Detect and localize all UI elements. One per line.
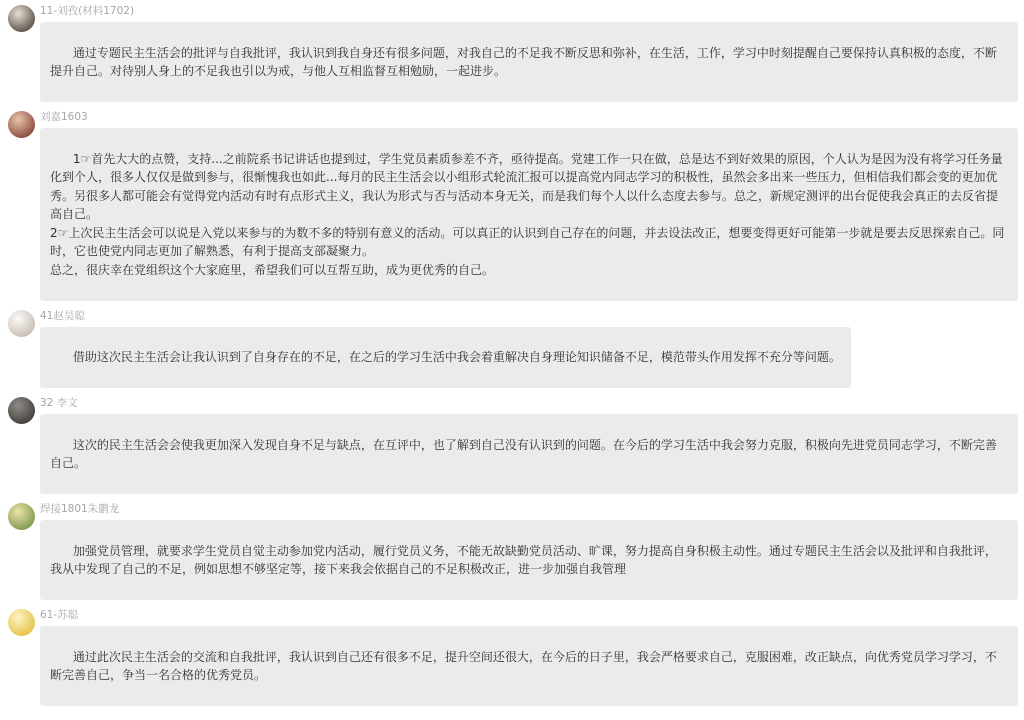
cartoon-avatar-yellow[interactable] — [8, 609, 35, 636]
message-bubble: 加强党员管理，就要求学生党员自觉主动参加党内活动，履行党员义务，不能无故缺勤党员… — [40, 520, 1018, 600]
username: 41赵昊聪 — [40, 309, 1018, 323]
photo-avatar-light[interactable] — [8, 310, 35, 337]
photo-avatar-gray[interactable] — [8, 397, 35, 424]
message-text: 加强党员管理，就要求学生党员自觉主动参加党内活动，履行党员义务，不能无故缺勤党员… — [50, 544, 997, 577]
photo-avatar-dark[interactable] — [8, 5, 35, 32]
message-text: 1☞首先大大的点赞，支持...之前院系书记讲话也提到过，学生党员素质参差不齐，亟… — [50, 152, 1004, 277]
message-bubble: 1☞首先大大的点赞，支持...之前院系书记讲话也提到过，学生党员素质参差不齐，亟… — [40, 128, 1018, 301]
message-bubble: 通过专题民主生活会的批评与自我批评，我认识到我自身还有很多问题，对我自己的不足我… — [40, 22, 1018, 102]
username: 32 李文 — [40, 396, 1018, 410]
chat-message: 11-刘孜(材料1702) 通过专题民主生活会的批评与自我批评，我认识到我自身还… — [6, 4, 1018, 102]
username: 刘嘉1603 — [40, 110, 1018, 124]
message-list: 11-刘孜(材料1702) 通过专题民主生活会的批评与自我批评，我认识到我自身还… — [6, 4, 1018, 714]
message-bubble: 这次的民主生活会会使我更加深入发现自身不足与缺点，在互评中，也了解到自己没有认识… — [40, 414, 1018, 494]
chat-message: 刘嘉1603 1☞首先大大的点赞，支持...之前院系书记讲话也提到过，学生党员素… — [6, 110, 1018, 301]
chat-message: 61-苏聪 通过此次民主生活会的交流和自我批评，我认识到自己还有很多不足，提升空… — [6, 608, 1018, 706]
chat-message: 41赵昊聪 借助这次民主生活会让我认识到了自身存在的不足，在之后的学习生活中我会… — [6, 309, 1018, 389]
username: 61-苏聪 — [40, 608, 1018, 622]
chat-message: 32 李文 这次的民主生活会会使我更加深入发现自身不足与缺点，在互评中，也了解到… — [6, 396, 1018, 494]
username: 焊接1801朱鹏龙 — [40, 502, 1018, 516]
photo-avatar-person[interactable] — [8, 111, 35, 138]
username: 11-刘孜(材料1702) — [40, 4, 1018, 18]
message-bubble: 通过此次民主生活会的交流和自我批评，我认识到自己还有很多不足，提升空间还很大，在… — [40, 626, 1018, 706]
message-text: 借助这次民主生活会让我认识到了自身存在的不足，在之后的学习生活中我会着重解决自身… — [73, 350, 841, 364]
message-text: 通过此次民主生活会的交流和自我批评，我认识到自己还有很多不足，提升空间还很大，在… — [50, 650, 997, 683]
message-text: 通过专题民主生活会的批评与自我批评，我认识到我自身还有很多问题，对我自己的不足我… — [50, 46, 997, 79]
cartoon-avatar-green[interactable] — [8, 503, 35, 530]
chat-message: 焊接1801朱鹏龙 加强党员管理，就要求学生党员自觉主动参加党内活动，履行党员义… — [6, 502, 1018, 600]
message-bubble: 借助这次民主生活会让我认识到了自身存在的不足，在之后的学习生活中我会着重解决自身… — [40, 327, 851, 389]
message-text: 这次的民主生活会会使我更加深入发现自身不足与缺点，在互评中，也了解到自己没有认识… — [50, 438, 997, 471]
